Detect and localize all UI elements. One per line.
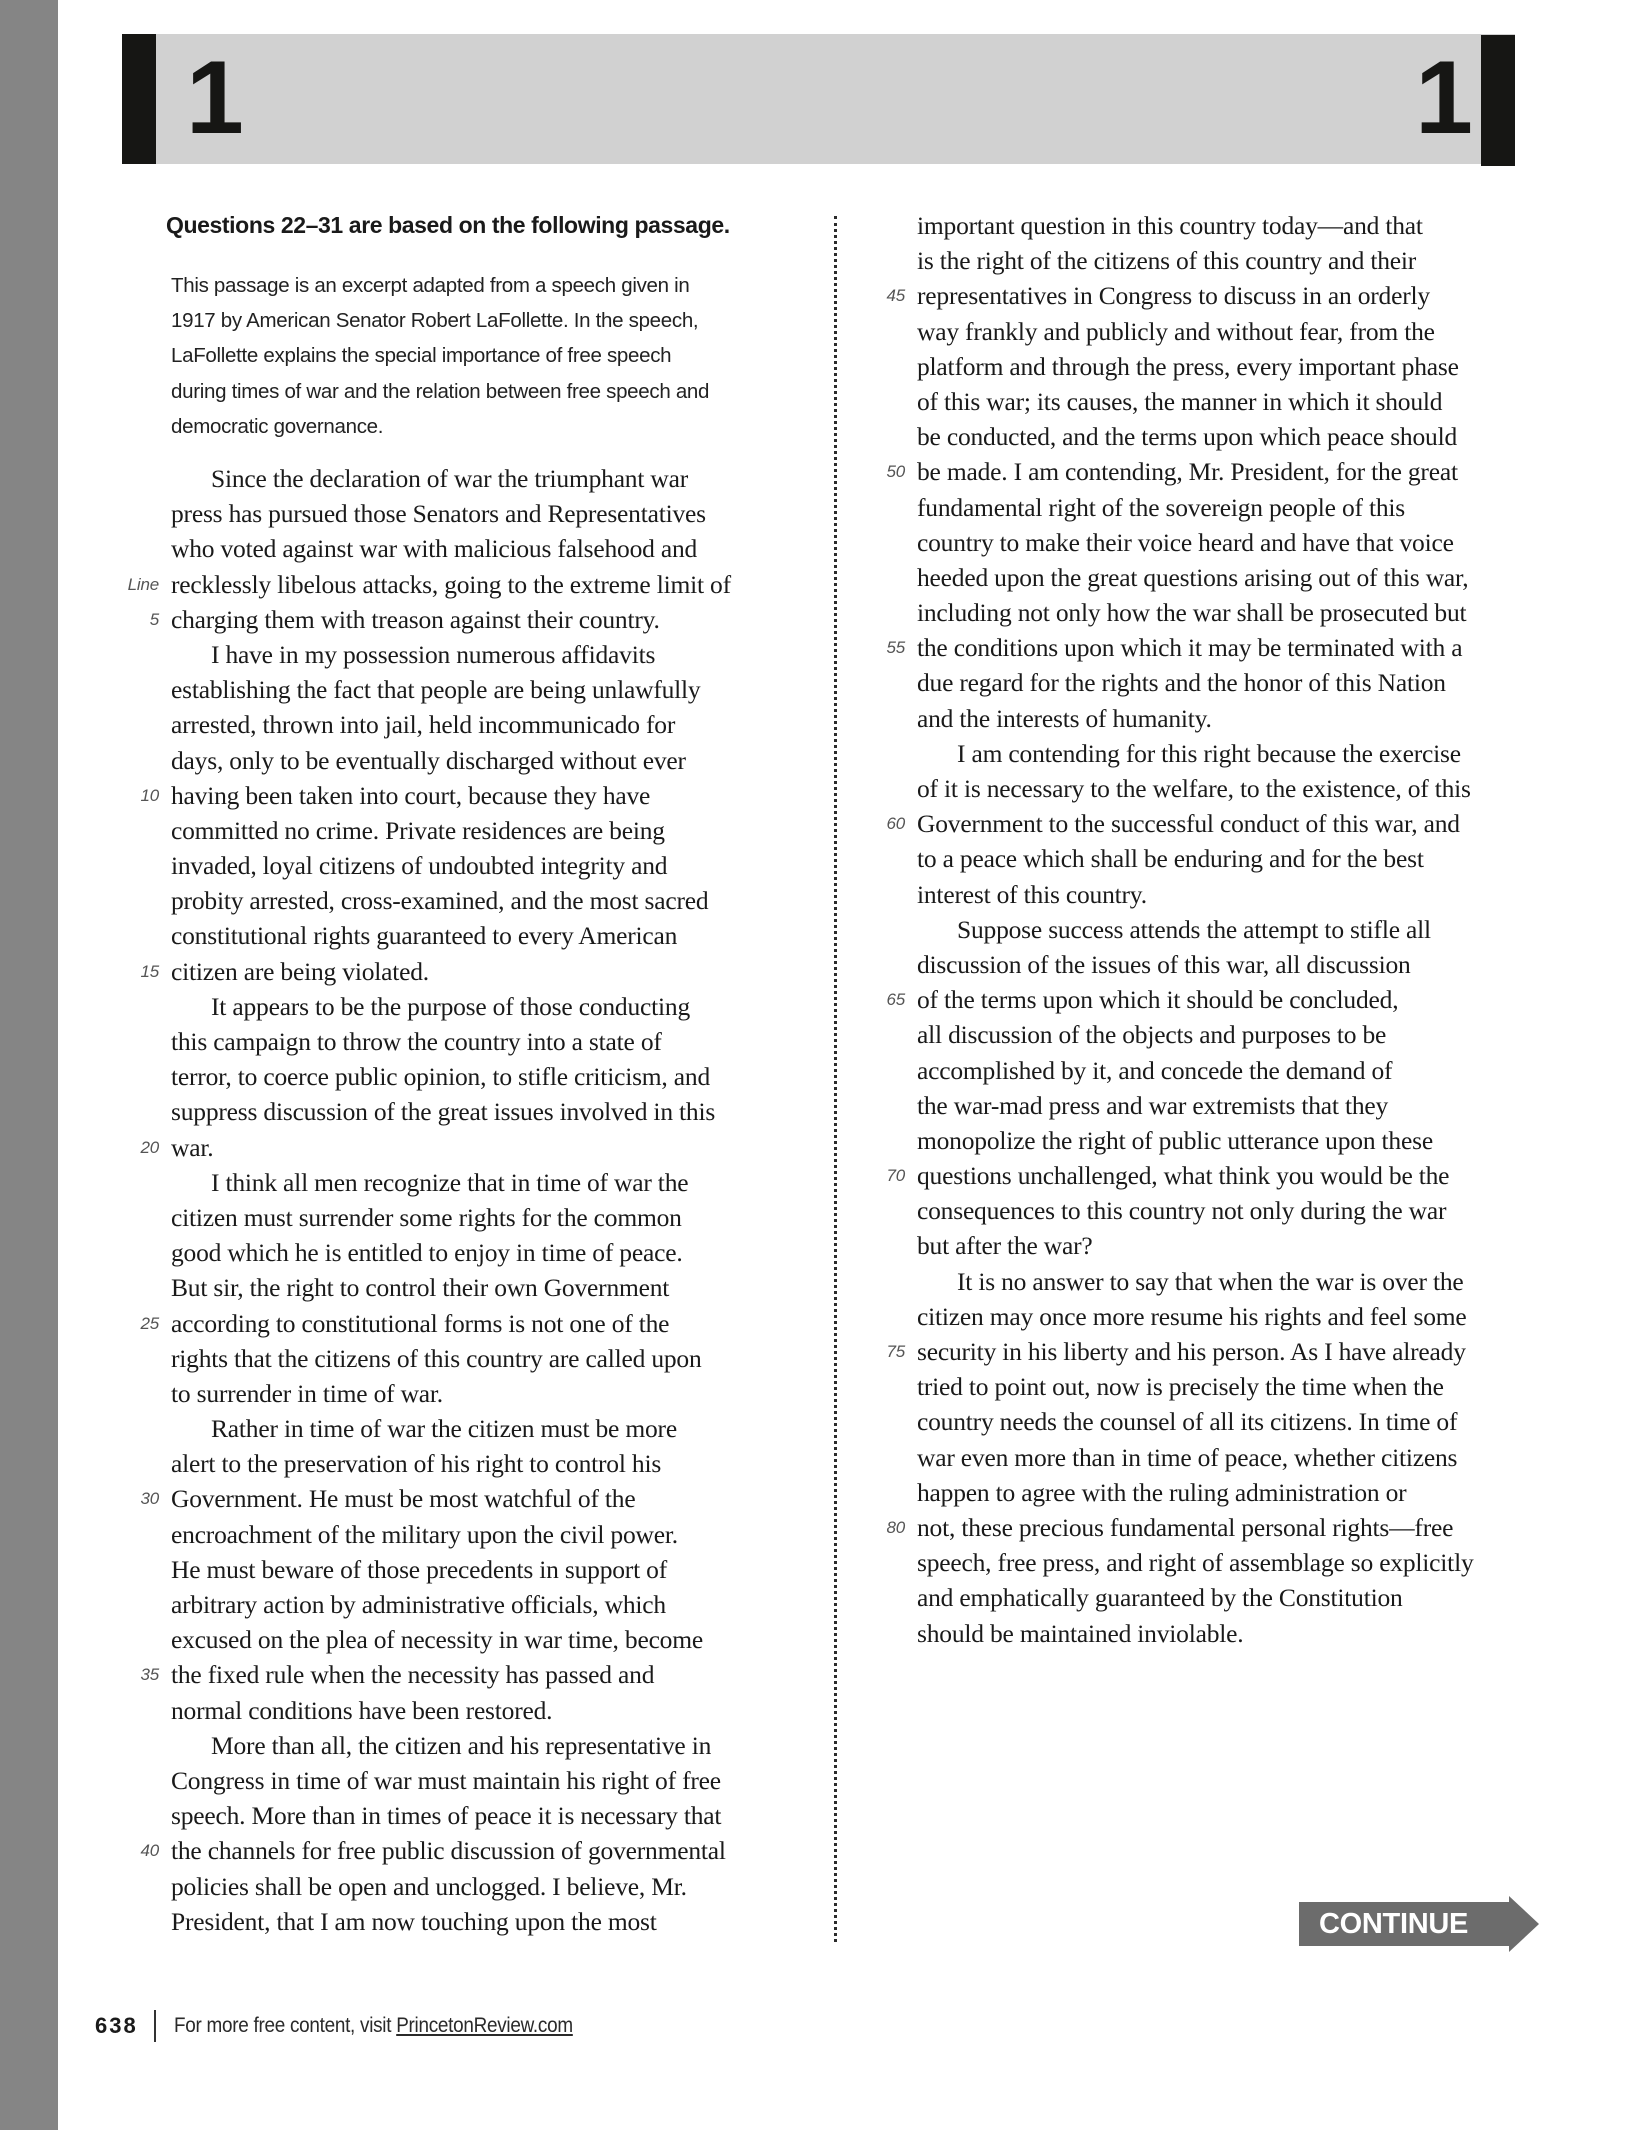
passage-line-text: Government. He must be most watchful of … <box>171 1484 635 1513</box>
line-number: 70 <box>857 1158 905 1193</box>
passage-line: establishing the fact that people are be… <box>171 672 731 707</box>
passage-line-text: I think all men recognize that in time o… <box>211 1168 688 1197</box>
passage-line-text: days, only to be eventually discharged w… <box>171 746 686 775</box>
passage-line: all discussion of the objects and purpos… <box>917 1017 1474 1052</box>
passage-line-text: to a peace which shall be enduring and f… <box>917 844 1424 873</box>
footer-prefix: For more free content, visit <box>174 2014 396 2037</box>
passage-line-text: suppress discussion of the great issues … <box>171 1097 715 1126</box>
passage-line-text: invaded, loyal citizens of undoubted int… <box>171 851 667 880</box>
passage-line-text: I have in my possession numerous affidav… <box>211 640 655 669</box>
passage-line-text: who voted against war with malicious fal… <box>171 534 697 563</box>
passage-line-text: alert to the preservation of his right t… <box>171 1449 661 1478</box>
intro-line: This passage is an excerpt adapted from … <box>171 268 811 303</box>
passage-line-text: citizen may once more resume his rights … <box>917 1302 1467 1331</box>
passage-line-text: speech. More than in times of peace it i… <box>171 1801 721 1830</box>
passage-line-text: citizen must surrender some rights for t… <box>171 1203 682 1232</box>
passage-line: but after the war? <box>917 1228 1474 1263</box>
passage-line-text: important question in this country today… <box>917 211 1423 240</box>
passage-line: suppress discussion of the great issues … <box>171 1094 731 1129</box>
passage-line: It is no answer to say that when the war… <box>917 1264 1474 1299</box>
passage-line: 45representatives in Congress to discuss… <box>917 278 1474 313</box>
passage-line: war even more than in time of peace, whe… <box>917 1440 1474 1475</box>
passage-line-text: the channels for free public discussion … <box>171 1836 726 1865</box>
passage-line-text: establishing the fact that people are be… <box>171 675 700 704</box>
passage-line-text: country needs the counsel of all its cit… <box>917 1407 1457 1436</box>
passage-line-text: representatives in Congress to discuss i… <box>917 281 1430 310</box>
passage-line-text: be conducted, and the terms upon which p… <box>917 422 1457 451</box>
passage-line: probity arrested, cross-examined, and th… <box>171 883 731 918</box>
passage-line: 65of the terms upon which it should be c… <box>917 982 1474 1017</box>
line-number: 40 <box>111 1833 159 1868</box>
intro-line: 1917 by American Senator Robert LaFollet… <box>171 303 811 338</box>
passage-line: It appears to be the purpose of those co… <box>171 989 731 1024</box>
line-number: 25 <box>111 1306 159 1341</box>
passage-line-text: committed no crime. Private residences a… <box>171 816 665 845</box>
passage-line-text: consequences to this country not only du… <box>917 1196 1446 1225</box>
passage-line-text: President, that I am now touching upon t… <box>171 1907 657 1936</box>
passage-column-right: important question in this country today… <box>917 208 1474 1651</box>
passage-line: I have in my possession numerous affidav… <box>171 637 731 672</box>
passage-line-text: this campaign to throw the country into … <box>171 1027 662 1056</box>
header-bar-right <box>1481 35 1515 166</box>
passage-column-left: Since the declaration of war the triumph… <box>171 461 731 1939</box>
passage-line: 35the fixed rule when the necessity has … <box>171 1657 731 1692</box>
passage-line-text: monopolize the right of public utterance… <box>917 1126 1433 1155</box>
passage-line-text: More than all, the citizen and his repre… <box>211 1731 711 1760</box>
passage-line: arrested, thrown into jail, held incommu… <box>171 707 731 742</box>
page-number: 638 <box>95 2013 138 2039</box>
passage-line-text: way frankly and publicly and without fea… <box>917 317 1435 346</box>
passage-line-text: of the terms upon which it should be con… <box>917 985 1398 1014</box>
passage-line: arbitrary action by administrative offic… <box>171 1587 731 1622</box>
passage-line-text: security in his liberty and his person. … <box>917 1337 1466 1366</box>
passage-line-text: recklessly libelous attacks, going to th… <box>171 570 731 599</box>
passage-line: happen to agree with the ruling administ… <box>917 1475 1474 1510</box>
passage-line: to a peace which shall be enduring and f… <box>917 841 1474 876</box>
passage-line-text: questions unchallenged, what think you w… <box>917 1161 1449 1190</box>
passage-line: 10having been taken into court, because … <box>171 778 731 813</box>
passage-line: interest of this country. <box>917 877 1474 912</box>
line-number: 50 <box>857 454 905 489</box>
passage-line: due regard for the rights and the honor … <box>917 665 1474 700</box>
passage-line-text: rights that the citizens of this country… <box>171 1344 702 1373</box>
passage-line: excused on the plea of necessity in war … <box>171 1622 731 1657</box>
passage-line-text: platform and through the press, every im… <box>917 352 1459 381</box>
passage-line: who voted against war with malicious fal… <box>171 531 731 566</box>
passage-line: should be maintained inviolable. <box>917 1616 1474 1651</box>
footer-divider <box>154 2010 156 2042</box>
passage-line-text: and the interests of humanity. <box>917 704 1212 733</box>
passage-line: tried to point out, now is precisely the… <box>917 1369 1474 1404</box>
passage-line: consequences to this country not only du… <box>917 1193 1474 1228</box>
line-number: 35 <box>111 1657 159 1692</box>
passage-line: constitutional rights guaranteed to ever… <box>171 918 731 953</box>
passage-line: 5charging them with treason against thei… <box>171 602 731 637</box>
passage-line: be conducted, and the terms upon which p… <box>917 419 1474 454</box>
arrow-right-icon <box>1509 1896 1539 1952</box>
passage-line-text: I am contending for this right because t… <box>957 739 1461 768</box>
passage-line-text: press has pursued those Senators and Rep… <box>171 499 706 528</box>
passage-line-text: citizen are being violated. <box>171 957 429 986</box>
passage-line-text: according to constitutional forms is not… <box>171 1309 669 1338</box>
line-number: 45 <box>857 278 905 313</box>
passage-line-text: interest of this country. <box>917 880 1147 909</box>
passage-line-text: be made. I am contending, Mr. President,… <box>917 457 1458 486</box>
passage-line: days, only to be eventually discharged w… <box>171 743 731 778</box>
passage-line-text: of this war; its causes, the manner in w… <box>917 387 1442 416</box>
passage-line-text: but after the war? <box>917 1231 1093 1260</box>
passage-line-text: excused on the plea of necessity in war … <box>171 1625 703 1654</box>
passage-line: rights that the citizens of this country… <box>171 1341 731 1376</box>
passage-line-text: war even more than in time of peace, whe… <box>917 1443 1457 1472</box>
passage-line: Rather in time of war the citizen must b… <box>171 1411 731 1446</box>
passage-line-text: He must beware of those precedents in su… <box>171 1555 667 1584</box>
passage-line-text: It appears to be the purpose of those co… <box>211 992 690 1021</box>
passage-line: committed no crime. Private residences a… <box>171 813 731 848</box>
continue-label: CONTINUE <box>1319 1908 1468 1941</box>
passage-line: I think all men recognize that in time o… <box>171 1165 731 1200</box>
line-number: 65 <box>857 982 905 1017</box>
passage-line: accomplished by it, and concede the dema… <box>917 1053 1474 1088</box>
passage-line: But sir, the right to control their own … <box>171 1270 731 1305</box>
header-bar-left <box>122 34 156 164</box>
passage-line: of this war; its causes, the manner in w… <box>917 384 1474 419</box>
passage-line-text: accomplished by it, and concede the dema… <box>917 1056 1392 1085</box>
passage-line-text: policies shall be open and unclogged. I … <box>171 1872 687 1901</box>
passage-line: this campaign to throw the country into … <box>171 1024 731 1059</box>
passage-line: is the right of the citizens of this cou… <box>917 243 1474 278</box>
passage-line: country to make their voice heard and ha… <box>917 525 1474 560</box>
passage-line: of it is necessary to the welfare, to th… <box>917 771 1474 806</box>
line-number: Line <box>111 567 159 602</box>
continue-button-body[interactable]: CONTINUE <box>1299 1902 1513 1946</box>
passage-line-text: Congress in time of war must maintain hi… <box>171 1766 721 1795</box>
passage-line: discussion of the issues of this war, al… <box>917 947 1474 982</box>
passage-line: 30Government. He must be most watchful o… <box>171 1481 731 1516</box>
passage-line-text: is the right of the citizens of this cou… <box>917 246 1416 275</box>
page-edge-strip <box>0 0 58 2130</box>
passage-line: heeded upon the great questions arising … <box>917 560 1474 595</box>
passage-line-text: fundamental right of the sovereign peopl… <box>917 493 1405 522</box>
passage-line: Linerecklessly libelous attacks, going t… <box>171 567 731 602</box>
intro-line: democratic governance. <box>171 409 811 444</box>
line-number: 60 <box>857 806 905 841</box>
passage-line-text: and emphatically guaranteed by the Const… <box>917 1583 1403 1612</box>
passage-line-text: good which he is entitled to enjoy in ti… <box>171 1238 683 1267</box>
line-number: 30 <box>111 1481 159 1516</box>
passage-line-text: arbitrary action by administrative offic… <box>171 1590 666 1619</box>
section-header: 1 1 <box>122 34 1515 164</box>
passage-line-text: the war-mad press and war extremists tha… <box>917 1091 1388 1120</box>
passage-line-text: due regard for the rights and the honor … <box>917 668 1446 697</box>
passage-line: citizen must surrender some rights for t… <box>171 1200 731 1235</box>
passage-line: platform and through the press, every im… <box>917 349 1474 384</box>
passage-line-text: not, these precious fundamental personal… <box>917 1513 1453 1542</box>
passage-line: including not only how the war shall be … <box>917 595 1474 630</box>
passage-line: Suppose success attends the attempt to s… <box>917 912 1474 947</box>
passage-line: citizen may once more resume his rights … <box>917 1299 1474 1334</box>
passage-line-text: terror, to coerce public opinion, to sti… <box>171 1062 710 1091</box>
passage-line: way frankly and publicly and without fea… <box>917 314 1474 349</box>
passage-line-text: constitutional rights guaranteed to ever… <box>171 921 677 950</box>
passage-line: alert to the preservation of his right t… <box>171 1446 731 1481</box>
line-number: 55 <box>857 630 905 665</box>
passage-line: terror, to coerce public opinion, to sti… <box>171 1059 731 1094</box>
passage-line: 25according to constitutional forms is n… <box>171 1306 731 1341</box>
passage-line-text: Since the declaration of war the triumph… <box>211 464 688 493</box>
passage-line: speech, free press, and right of assembl… <box>917 1545 1474 1580</box>
intro-line: during times of war and the relation bet… <box>171 374 811 409</box>
line-number: 5 <box>111 602 159 637</box>
princeton-review-link[interactable]: PrincetonReview.com <box>396 2014 573 2037</box>
line-number: 20 <box>111 1130 159 1165</box>
passage-line-text: including not only how the war shall be … <box>917 598 1466 627</box>
passage-line: President, that I am now touching upon t… <box>171 1904 731 1939</box>
line-number: 10 <box>111 778 159 813</box>
passage-line-text: all discussion of the objects and purpos… <box>917 1020 1386 1049</box>
passage-line: country needs the counsel of all its cit… <box>917 1404 1474 1439</box>
passage-line-text: Government to the successful conduct of … <box>917 809 1460 838</box>
passage-line: 15citizen are being violated. <box>171 954 731 989</box>
passage-line: 40the channels for free public discussio… <box>171 1833 731 1868</box>
passage-line-text: should be maintained inviolable. <box>917 1619 1243 1648</box>
section-number-right: 1 <box>1415 46 1473 150</box>
passage-line-text: the conditions upon which it may be term… <box>917 633 1462 662</box>
section-number-left: 1 <box>186 46 244 150</box>
passage-line: Congress in time of war must maintain hi… <box>171 1763 731 1798</box>
line-number: 15 <box>111 954 159 989</box>
passage-line: the war-mad press and war extremists tha… <box>917 1088 1474 1123</box>
passage-line-text: the fixed rule when the necessity has pa… <box>171 1660 654 1689</box>
passage-line-text: charging them with treason against their… <box>171 605 660 634</box>
passage-line: and the interests of humanity. <box>917 701 1474 736</box>
footer-text: For more free content, visit PrincetonRe… <box>174 2014 573 2038</box>
passage-line: policies shall be open and unclogged. I … <box>171 1869 731 1904</box>
passage-line: good which he is entitled to enjoy in ti… <box>171 1235 731 1270</box>
passage-line-text: It is no answer to say that when the war… <box>957 1267 1464 1296</box>
passage-line: encroachment of the military upon the ci… <box>171 1517 731 1552</box>
passage-line-text: encroachment of the military upon the ci… <box>171 1520 678 1549</box>
passage-line: and emphatically guaranteed by the Const… <box>917 1580 1474 1615</box>
passage-line-text: having been taken into court, because th… <box>171 781 650 810</box>
passage-line: 60Government to the successful conduct o… <box>917 806 1474 841</box>
passage-line: monopolize the right of public utterance… <box>917 1123 1474 1158</box>
intro-line: LaFollette explains the special importan… <box>171 338 811 373</box>
passage-line-text: happen to agree with the ruling administ… <box>917 1478 1406 1507</box>
passage-line-text: Suppose success attends the attempt to s… <box>957 915 1431 944</box>
column-divider <box>834 216 837 1942</box>
passage-line: press has pursued those Senators and Rep… <box>171 496 731 531</box>
passage-line-text: arrested, thrown into jail, held incommu… <box>171 710 675 739</box>
passage-line: 55the conditions upon which it may be te… <box>917 630 1474 665</box>
passage-line-text: of it is necessary to the welfare, to th… <box>917 774 1471 803</box>
continue-button[interactable]: CONTINUE <box>1299 1896 1539 1952</box>
passage-heading: Questions 22–31 are based on the followi… <box>166 212 730 239</box>
passage-line-text: heeded upon the great questions arising … <box>917 563 1468 592</box>
passage-line: More than all, the citizen and his repre… <box>171 1728 731 1763</box>
passage-line: 70questions unchallenged, what think you… <box>917 1158 1474 1193</box>
passage-line-text: country to make their voice heard and ha… <box>917 528 1454 557</box>
passage-line-text: But sir, the right to control their own … <box>171 1273 669 1302</box>
passage-line: Since the declaration of war the triumph… <box>171 461 731 496</box>
passage-line: normal conditions have been restored. <box>171 1693 731 1728</box>
passage-line: speech. More than in times of peace it i… <box>171 1798 731 1833</box>
passage-intro: This passage is an excerpt adapted from … <box>171 268 811 444</box>
passage-line: to surrender in time of war. <box>171 1376 731 1411</box>
line-number: 75 <box>857 1334 905 1369</box>
passage-line-text: tried to point out, now is precisely the… <box>917 1372 1444 1401</box>
passage-line: I am contending for this right because t… <box>917 736 1474 771</box>
passage-line-text: speech, free press, and right of assembl… <box>917 1548 1474 1577</box>
passage-line: 50be made. I am contending, Mr. Presiden… <box>917 454 1474 489</box>
passage-line: 75security in his liberty and his person… <box>917 1334 1474 1369</box>
passage-line: He must beware of those precedents in su… <box>171 1552 731 1587</box>
passage-line-text: war. <box>171 1133 213 1162</box>
passage-line-text: Rather in time of war the citizen must b… <box>211 1414 677 1443</box>
passage-line: 20war. <box>171 1130 731 1165</box>
passage-line-text: probity arrested, cross-examined, and th… <box>171 886 708 915</box>
passage-line: 80not, these precious fundamental person… <box>917 1510 1474 1545</box>
passage-line: invaded, loyal citizens of undoubted int… <box>171 848 731 883</box>
passage-line-text: discussion of the issues of this war, al… <box>917 950 1411 979</box>
page-footer: 638 For more free content, visit Princet… <box>95 2010 617 2042</box>
passage-line-text: to surrender in time of war. <box>171 1379 443 1408</box>
passage-line: fundamental right of the sovereign peopl… <box>917 490 1474 525</box>
line-number: 80 <box>857 1510 905 1545</box>
passage-line-text: normal conditions have been restored. <box>171 1696 552 1725</box>
passage-line: important question in this country today… <box>917 208 1474 243</box>
